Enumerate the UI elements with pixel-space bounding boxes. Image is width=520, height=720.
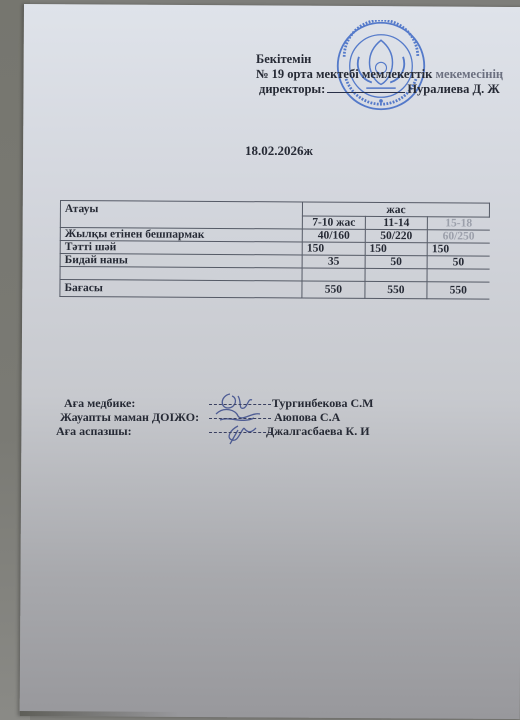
signature-name: Джалгасбаева К. И bbox=[266, 424, 370, 438]
header-item-name: Атауы bbox=[60, 201, 302, 229]
price-value: 550 bbox=[302, 281, 365, 298]
header-age-2: 15-18 bbox=[427, 217, 489, 230]
approval-organization: № 19 орта мектебі мемлекеттік мекемесіні… bbox=[256, 67, 503, 82]
row-value bbox=[302, 268, 365, 281]
director-signature-line bbox=[327, 92, 405, 93]
price-label: Бағасы bbox=[60, 280, 302, 298]
row-value: 150 bbox=[427, 243, 489, 256]
signature-role: Аға медбике: bbox=[64, 396, 135, 410]
signature-name: Тургинбекова С.М bbox=[272, 396, 373, 410]
row-value bbox=[365, 268, 427, 281]
page-shadow bbox=[20, 711, 180, 717]
document-page bbox=[20, 4, 520, 719]
table-header-row: Атауы жас bbox=[60, 201, 489, 218]
price-value: 550 bbox=[427, 282, 489, 299]
approval-school: № 19 орта мектебі bbox=[256, 67, 359, 81]
signature-line bbox=[209, 418, 271, 419]
header-age-1: 11-14 bbox=[365, 216, 427, 229]
approval-org-type: мемлекеттік bbox=[359, 67, 436, 81]
row-value bbox=[427, 269, 489, 282]
table-row-price: Бағасы 550 550 550 bbox=[60, 280, 489, 300]
signature-role: Аға аспазшы: bbox=[56, 424, 132, 438]
row-name: Жылқы етінен бешпармак bbox=[60, 228, 302, 242]
row-value: 35 bbox=[302, 255, 365, 268]
director-label: директоры: bbox=[259, 82, 325, 96]
document-date: 18.02.2026ж bbox=[245, 143, 313, 159]
approval-title: Бекітемін bbox=[256, 52, 503, 67]
header-age-0: 7-10 жас bbox=[302, 216, 365, 229]
row-value: 50 bbox=[365, 255, 427, 268]
row-value: 150 bbox=[365, 242, 427, 255]
signature-role: Жауапты маман ДОІЖО: bbox=[60, 410, 199, 424]
row-value: 60/250 bbox=[427, 230, 489, 243]
approval-org-suffix: мекемесінің bbox=[436, 67, 504, 81]
signature-name: Аюпова С.А bbox=[274, 410, 340, 424]
approval-block: Бекітемін № 19 орта мектебі мемлекеттік … bbox=[256, 52, 503, 97]
approval-director: директоры:Нуралиева Д. Ж bbox=[256, 82, 503, 97]
signature-line bbox=[209, 432, 271, 433]
row-value: 50/220 bbox=[365, 229, 427, 242]
price-value: 550 bbox=[365, 281, 427, 298]
row-name: Бидай наны bbox=[60, 254, 302, 268]
menu-table: Атауы жас 7-10 жас 11-14 15-18 Жылқы еті… bbox=[59, 200, 490, 300]
signature-line bbox=[209, 404, 271, 405]
row-value: 50 bbox=[427, 256, 489, 269]
row-name: Тәтті шәй bbox=[60, 241, 302, 255]
row-value: 150 bbox=[302, 242, 365, 255]
row-value: 40/160 bbox=[302, 229, 365, 242]
header-age-group: жас bbox=[303, 202, 490, 217]
director-name: Нуралиева Д. Ж bbox=[407, 82, 499, 96]
